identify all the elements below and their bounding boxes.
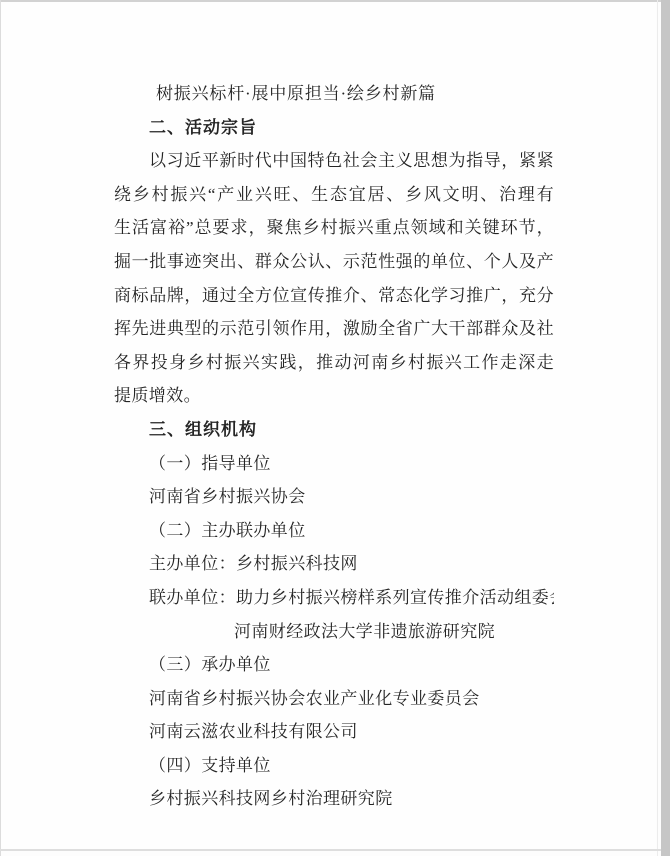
document-page: 树振兴标杆·展中原担当·绘乡村新篇 二、活动宗旨 以习近平新时代中国特色社会主义… <box>1 2 656 849</box>
org-co-organizer-2: 河南财经政法大学非遗旅游研究院 <box>114 615 554 649</box>
slogan-line: 树振兴标杆·展中原担当·绘乡村新篇 <box>114 77 554 111</box>
heading-activity-purpose: 二、活动宗旨 <box>114 111 554 145</box>
org-host-unit: 主办单位：乡村振兴科技网 <box>114 547 554 581</box>
subsection-undertaking-units: （三）承办单位 <box>114 648 554 682</box>
paragraph-line-1: 以习近平新时代中国特色社会主义思想为指导，紧紧围 <box>114 144 554 178</box>
paragraph-line-8: 提质增效。 <box>114 379 554 413</box>
org-undertaking-unit-1: 河南省乡村振兴协会农业产业化专业委员会 <box>114 682 554 716</box>
heading-organization: 三、组织机构 <box>114 413 554 447</box>
paragraph-line-7: 各界投身乡村振兴实践，推动河南乡村振兴工作走深走实、 <box>114 346 554 380</box>
viewer-background-strip <box>661 0 670 856</box>
document-viewer: 树振兴标杆·展中原担当·绘乡村新篇 二、活动宗旨 以习近平新时代中国特色社会主义… <box>0 0 670 856</box>
subsection-support-unit: （四）支持单位 <box>114 749 554 783</box>
paragraph-line-4: 掘一批事迹突出、群众公认、示范性强的单位、个人及产品 <box>114 245 554 279</box>
subsection-guidance-unit: （一）指导单位 <box>114 447 554 481</box>
org-support-unit-name: 乡村振兴科技网乡村治理研究院 <box>114 782 554 816</box>
paragraph-line-5: 商标品牌，通过全方位宣传推介、常态化学习推广，充分发 <box>114 279 554 313</box>
subsection-host-units: （二）主办联办单位 <box>114 514 554 548</box>
org-guidance-unit-name: 河南省乡村振兴协会 <box>114 480 554 514</box>
page-content: 树振兴标杆·展中原担当·绘乡村新篇 二、活动宗旨 以习近平新时代中国特色社会主义… <box>114 77 554 816</box>
org-undertaking-unit-2: 河南云滋农业科技有限公司 <box>114 715 554 749</box>
paragraph-line-2: 绕乡村振兴“产业兴旺、生态宜居、乡风文明、治理有效、 <box>114 178 554 212</box>
page-top-edge <box>0 0 670 2</box>
page-left-edge <box>0 0 1 856</box>
org-co-organizer-1: 联办单位：助力乡村振兴榜样系列宣传推介活动组委会 <box>114 581 554 615</box>
page-right-edge <box>657 0 658 856</box>
page-bottom-edge <box>0 849 661 851</box>
paragraph-line-6: 挥先进典型的示范引领作用，激励全省广大干部群众及社会 <box>114 312 554 346</box>
paragraph-line-3: 生活富裕”总要求，聚焦乡村振兴重点领域和关键环节，发 <box>114 211 554 245</box>
